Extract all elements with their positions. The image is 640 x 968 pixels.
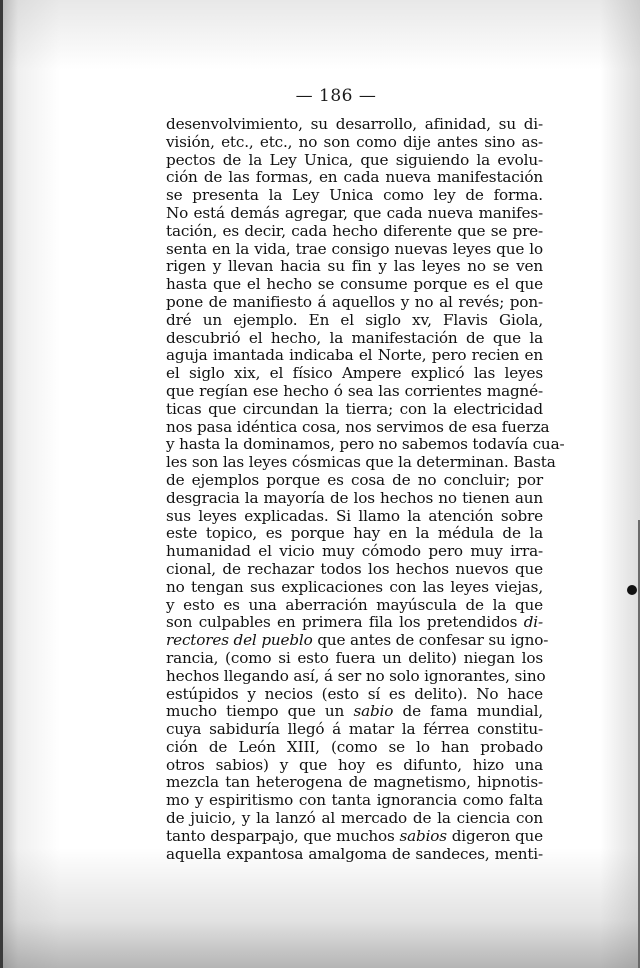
- text-segment: que antes de confesar su igno-: [313, 631, 549, 649]
- body-text: desenvolvimiento, su desarrollo, afinida…: [166, 116, 543, 863]
- text-segment: rigen y llevan hacia su fin y las leyes …: [166, 257, 543, 275]
- text-line: rectores del pueblo que antes de confesa…: [166, 632, 543, 650]
- text-line: se presenta la Ley Unica como ley de for…: [166, 187, 543, 205]
- text-segment: descubrió el hecho, la manifestación de …: [166, 329, 543, 347]
- text-segment: nos pasa idéntica cosa, nos servimos de …: [166, 418, 549, 436]
- text-segment: senta en la vida, trae consigo nuevas le…: [166, 240, 543, 258]
- text-segment: este topico, es porque hay en la médula …: [166, 524, 543, 542]
- text-segment: se presenta la Ley Unica como ley de for…: [166, 186, 543, 204]
- text-line: mo y espiritismo con tanta ignorancia co…: [166, 792, 543, 810]
- text-segment: aquella expantosa amalgoma de sandeces, …: [166, 845, 543, 863]
- text-line: hasta que el hecho se consume porque es …: [166, 276, 543, 294]
- text-segment: ción de León XIII, (como se lo han proba…: [166, 738, 543, 756]
- text-line: mezcla tan heterogena de magnetismo, hip…: [166, 774, 543, 792]
- text-line: mucho tiempo que un sabio de fama mundia…: [166, 703, 543, 721]
- text-segment: otros sabios) y que hoy es difunto, hizo…: [166, 756, 543, 774]
- text-line: estúpidos y necios (esto sí es delito). …: [166, 686, 543, 704]
- text-line: cuya sabiduría llegó á matar la férrea c…: [166, 721, 543, 739]
- text-line: rancia, (como si esto fuera un delito) n…: [166, 650, 543, 668]
- italic-text: sabio: [353, 702, 393, 720]
- italic-text: di-: [524, 613, 543, 631]
- text-segment: de fama mundial,: [393, 702, 543, 720]
- text-segment: desenvolvimiento, su desarrollo, afinida…: [166, 115, 543, 133]
- text-line: senta en la vida, trae consigo nuevas le…: [166, 241, 543, 259]
- text-segment: aguja imantada indicaba el Norte, pero r…: [166, 346, 543, 364]
- text-segment: pectos de la Ley Unica, que siguiendo la…: [166, 151, 543, 169]
- text-segment: dré un ejemplo. En el siglo xv, Flavis G…: [166, 311, 543, 329]
- text-segment: estúpidos y necios (esto sí es delito). …: [166, 685, 543, 703]
- text-line: les son las leyes cósmicas que la determ…: [166, 454, 543, 472]
- text-segment: hechos llegando así, á ser no solo ignor…: [166, 667, 545, 685]
- text-segment: pone de manifiesto á aquellos y no al re…: [166, 293, 543, 311]
- text-segment: de ejemplos porque es cosa de no conclui…: [166, 471, 543, 489]
- text-line: tanto desparpajo, que muchos sabios dige…: [166, 828, 543, 846]
- text-segment: que regían ese hecho ó sea las corriente…: [166, 382, 543, 400]
- page-edge-left: [0, 0, 3, 968]
- text-line: y hasta la dominamos, pero no sabemos to…: [166, 436, 543, 454]
- text-line: desenvolvimiento, su desarrollo, afinida…: [166, 116, 543, 134]
- text-segment: el siglo xix, el físico Ampere explicó l…: [166, 364, 543, 382]
- page-number: — 186 —: [16, 86, 640, 106]
- text-segment: ción de las formas, en cada nueva manife…: [166, 168, 543, 186]
- text-segment: cional, de rechazar todos los hechos nue…: [166, 560, 543, 578]
- text-line: aguja imantada indicaba el Norte, pero r…: [166, 347, 543, 365]
- italic-text: sabios: [399, 827, 446, 845]
- text-line: el siglo xix, el físico Ampere explicó l…: [166, 365, 543, 383]
- text-line: visión, etc., etc., no son como dije ant…: [166, 134, 543, 152]
- text-segment: humanidad el vicio muy cómodo pero muy i…: [166, 542, 543, 560]
- text-line: rigen y llevan hacia su fin y las leyes …: [166, 258, 543, 276]
- text-line: humanidad el vicio muy cómodo pero muy i…: [166, 543, 543, 561]
- text-line: son culpables en primera fila los preten…: [166, 614, 543, 632]
- text-line: hechos llegando así, á ser no solo ignor…: [166, 668, 543, 686]
- text-line: tación, es decir, cada hecho diferente q…: [166, 223, 543, 241]
- text-line: de juicio, y la lanzó al mercado de la c…: [166, 810, 543, 828]
- text-line: pectos de la Ley Unica, que siguiendo la…: [166, 152, 543, 170]
- scanned-book-page: — 186 — desenvolvimiento, su desarrollo,…: [0, 0, 640, 968]
- text-segment: digeron que: [447, 827, 543, 845]
- text-segment: de juicio, y la lanzó al mercado de la c…: [166, 809, 543, 827]
- text-line: ticas que circundan la tierra; con la el…: [166, 401, 543, 419]
- text-line: descubrió el hecho, la manifestación de …: [166, 330, 543, 348]
- italic-text: rectores del pueblo: [166, 631, 313, 649]
- text-segment: desgracia la mayoría de los hechos no ti…: [166, 489, 543, 507]
- text-line: de ejemplos porque es cosa de no conclui…: [166, 472, 543, 490]
- text-segment: hasta que el hecho se consume porque es …: [166, 275, 543, 293]
- text-line: ción de las formas, en cada nueva manife…: [166, 169, 543, 187]
- text-segment: mo y espiritismo con tanta ignorancia co…: [166, 791, 543, 809]
- scan-shadow-left: [0, 0, 60, 968]
- text-segment: sus leyes explicadas. Si llamo la atenci…: [166, 507, 543, 525]
- text-segment: rancia, (como si esto fuera un delito) n…: [166, 649, 543, 667]
- text-line: que regían ese hecho ó sea las corriente…: [166, 383, 543, 401]
- text-line: desgracia la mayoría de los hechos no ti…: [166, 490, 543, 508]
- text-line: otros sabios) y que hoy es difunto, hizo…: [166, 757, 543, 775]
- text-segment: mezcla tan heterogena de magnetismo, hip…: [166, 773, 543, 791]
- text-line: dré un ejemplo. En el siglo xv, Flavis G…: [166, 312, 543, 330]
- text-segment: tanto desparpajo, que muchos: [166, 827, 399, 845]
- text-line: este topico, es porque hay en la médula …: [166, 525, 543, 543]
- text-line: ción de León XIII, (como se lo han proba…: [166, 739, 543, 757]
- text-segment: ticas que circundan la tierra; con la el…: [166, 400, 543, 418]
- text-line: cional, de rechazar todos los hechos nue…: [166, 561, 543, 579]
- text-segment: no tengan sus explicaciones con las leye…: [166, 578, 543, 596]
- scan-shadow-right: [600, 0, 640, 968]
- text-line: No está demás agregar, que cada nueva ma…: [166, 205, 543, 223]
- ink-blot: [627, 585, 637, 595]
- text-segment: visión, etc., etc., no son como dije ant…: [166, 133, 543, 151]
- text-line: aquella expantosa amalgoma de sandeces, …: [166, 846, 543, 864]
- text-segment: mucho tiempo que un: [166, 702, 353, 720]
- text-line: pone de manifiesto á aquellos y no al re…: [166, 294, 543, 312]
- text-segment: No está demás agregar, que cada nueva ma…: [166, 204, 543, 222]
- text-segment: les son las leyes cósmicas que la determ…: [166, 453, 556, 471]
- text-segment: cuya sabiduría llegó á matar la férrea c…: [166, 720, 543, 738]
- text-line: sus leyes explicadas. Si llamo la atenci…: [166, 508, 543, 526]
- text-line: no tengan sus explicaciones con las leye…: [166, 579, 543, 597]
- text-line: y esto es una aberración mayúscula de la…: [166, 597, 543, 615]
- text-segment: tación, es decir, cada hecho diferente q…: [166, 222, 543, 240]
- text-line: nos pasa idéntica cosa, nos servimos de …: [166, 419, 543, 437]
- text-segment: y esto es una aberración mayúscula de la…: [166, 596, 543, 614]
- scan-shadow-top: [0, 0, 640, 70]
- text-segment: y hasta la dominamos, pero no sabemos to…: [166, 435, 564, 453]
- scan-shadow-bottom: [0, 848, 640, 968]
- text-segment: son culpables en primera fila los preten…: [166, 613, 524, 631]
